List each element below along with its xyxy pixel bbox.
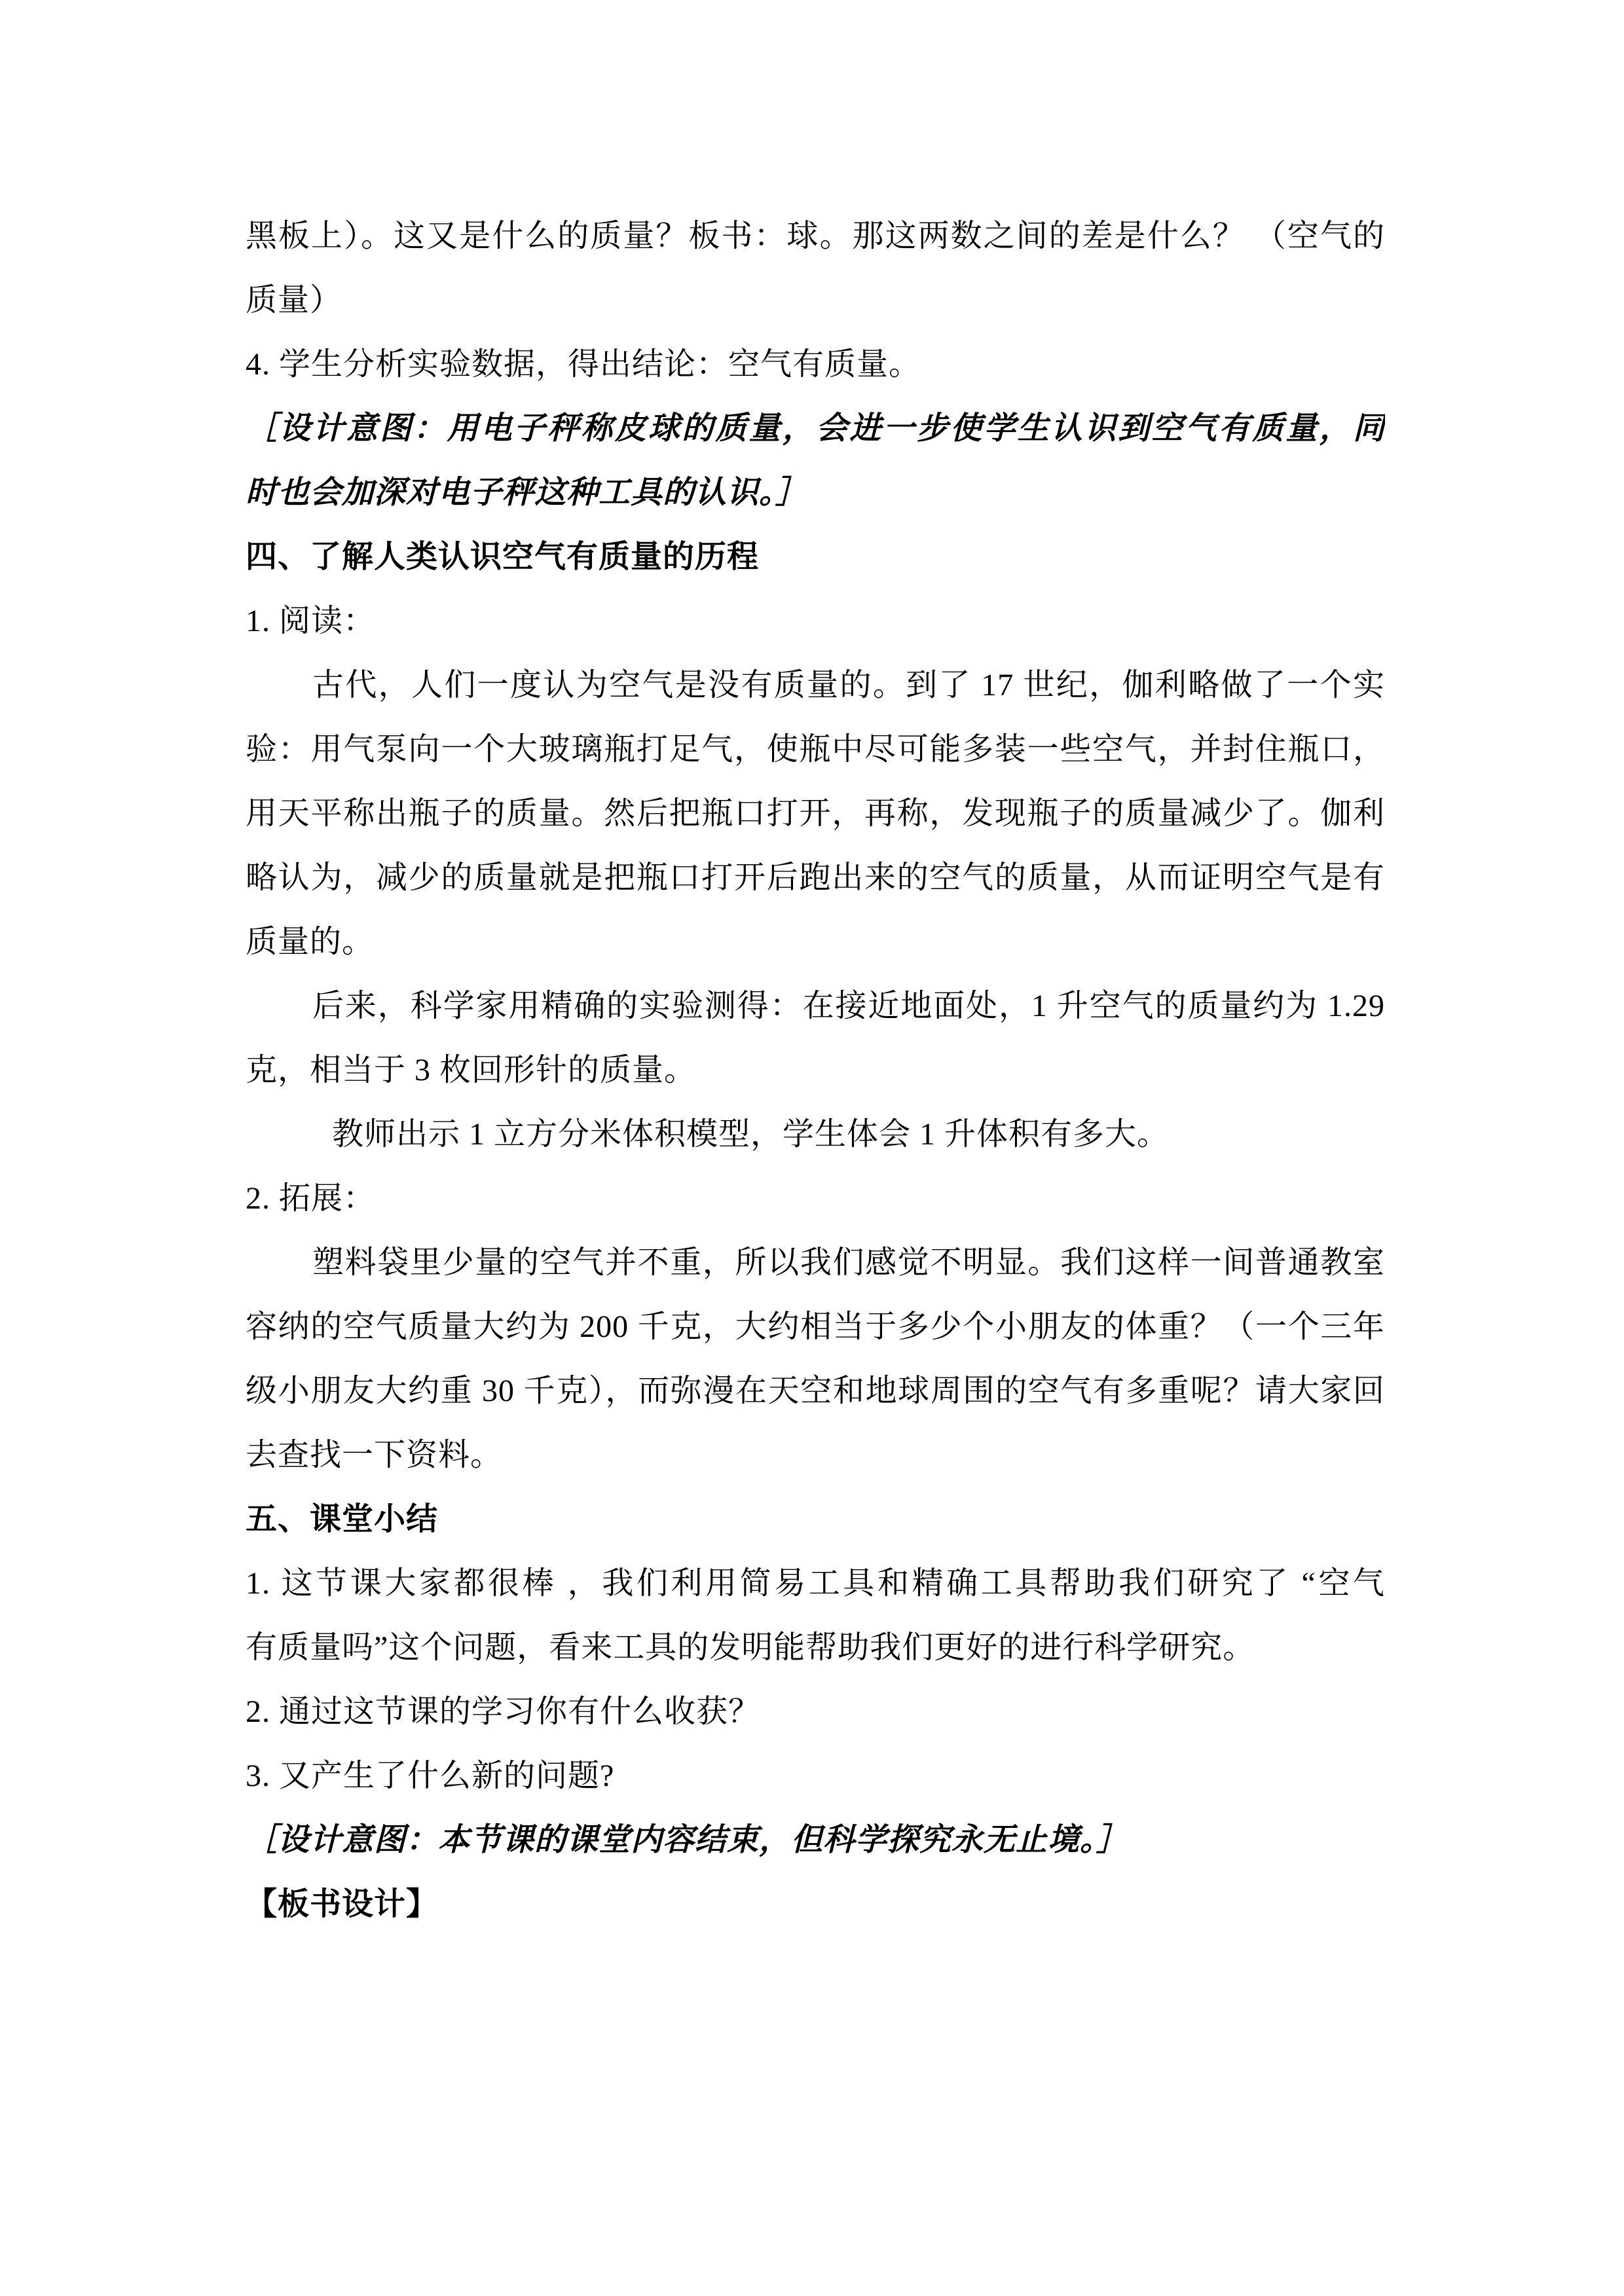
text-line: 质量的。: [246, 910, 1385, 974]
document-content: 黑板上）。这又是什么的质量？板书：球。那这两数之间的差是什么？ （空气的质量）4…: [246, 204, 1385, 1937]
text-line: 克，相当于 3 枚回形针的质量。: [246, 1038, 1385, 1102]
text-line: 质量）: [246, 268, 1385, 333]
text-line: 黑板上）。这又是什么的质量？板书：球。那这两数之间的差是什么？ （空气的: [246, 204, 1385, 268]
text-line: 1. 这节课大家都很棒 ，我们利用简易工具和精确工具帮助我们研究了 “空气: [246, 1552, 1385, 1616]
text-line: 2. 拓展：: [246, 1167, 1385, 1231]
text-line: 有质量吗”这个问题，看来工具的发明能帮助我们更好的进行科学研究。: [246, 1616, 1385, 1680]
text-line: 时也会加深对电子秤这种工具的认识。］: [246, 461, 1385, 525]
text-line: 1. 阅读：: [246, 589, 1385, 653]
text-line: 四、了解人类认识空气有质量的历程: [246, 525, 1385, 589]
text-line: 验：用气泵向一个大玻璃瓶打足气，使瓶中尽可能多装一些空气，并封住瓶口，: [246, 718, 1385, 782]
text-line: 古代，人们一度认为空气是没有质量的。到了 17 世纪，伽利略做了一个实: [246, 653, 1385, 718]
text-line: ［设计意图：用电子秤称皮球的质量，会进一步使学生认识到空气有质量，同: [246, 397, 1385, 461]
text-line: 去查找一下资料。: [246, 1423, 1385, 1487]
text-line: 后来，科学家用精确的实验测得：在接近地面处，1 升空气的质量约为 1.29: [246, 974, 1385, 1038]
text-line: ［设计意图：本节课的课堂内容结束，但科学探究永无止境。］: [246, 1808, 1385, 1872]
text-line: 用天平称出瓶子的质量。然后把瓶口打开，再称，发现瓶子的质量减少了。伽利: [246, 782, 1385, 846]
text-line: 3. 又产生了什么新的问题?: [246, 1744, 1385, 1808]
text-line: 略认为，减少的质量就是把瓶口打开后跑出来的空气的质量，从而证明空气是有: [246, 846, 1385, 910]
text-line: 教师出示 1 立方分米体积模型，学生体会 1 升体积有多大。: [246, 1102, 1385, 1167]
text-line: 容纳的空气质量大约为 200 千克，大约相当于多少个小朋友的体重？（一个三年: [246, 1295, 1385, 1359]
document-page: 黑板上）。这又是什么的质量？板书：球。那这两数之间的差是什么？ （空气的质量）4…: [0, 0, 1624, 2296]
text-line: 五、课堂小结: [246, 1487, 1385, 1552]
text-line: 塑料袋里少量的空气并不重，所以我们感觉不明显。我们这样一间普通教室: [246, 1231, 1385, 1295]
text-line: 2. 通过这节课的学习你有什么收获？: [246, 1680, 1385, 1744]
text-line: 4. 学生分析实验数据，得出结论：空气有质量。: [246, 333, 1385, 397]
text-line: 【板书设计】: [246, 1872, 1385, 1937]
text-line: 级小朋友大约重 30 千克），而弥漫在天空和地球周围的空气有多重呢？请大家回: [246, 1359, 1385, 1423]
